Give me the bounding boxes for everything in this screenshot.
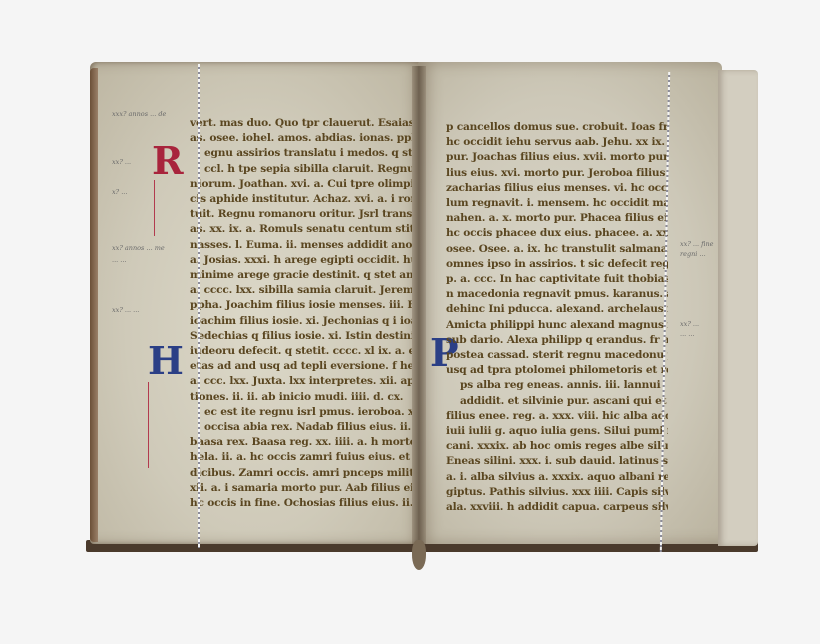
manuscript-book: xxx? annos ... de xx? ... x? ... xx? ann… <box>86 62 758 556</box>
text-line: addidit. et silvinie pur. ascani qui et … <box>446 394 668 409</box>
text-line: vert. mas duo. Quo tpr clauerut. Esaias.… <box>190 116 412 131</box>
illuminated-initial-r: R <box>152 142 184 180</box>
page-edge <box>90 68 98 542</box>
book-gutter <box>412 66 426 544</box>
marginal-note: xx? annos ... me <box>112 244 165 253</box>
illuminated-initial-h: H <box>148 342 184 380</box>
bookmark-tassel <box>412 540 426 570</box>
left-page: xxx? annos ... de xx? ... x? ... xx? ann… <box>90 62 422 544</box>
text-line: p cancellos domus sue. crobuit. Ioas fr … <box>446 120 668 135</box>
text-line: ps alba reg eneas. annis. iii. lannui <box>446 378 668 393</box>
text-line: dehinc Ini pducca. alexand. archelaus fi… <box>446 302 668 317</box>
text-line: a. cccc. lxx. sibilla samia claruit. Jer… <box>190 283 412 298</box>
marginal-note: ... ... <box>680 330 694 339</box>
text-line: a. Josias. xxxi. h arege egipti occidit.… <box>190 253 412 268</box>
text-line: ccl. h tpe sepia sibilla claruit. Regnu … <box>190 162 412 177</box>
text-line: hc occis in fine. Ochosias filius eius. … <box>190 496 412 511</box>
text-line: egnu assirios translatu i medos. q stete… <box>190 146 412 161</box>
text-line: occisa abia rex. Nadab filius eius. ii. … <box>190 420 412 435</box>
text-line: as. osee. iohel. amos. abdias. ionas. pp… <box>190 131 412 146</box>
marginal-note: xx? ... <box>112 158 131 167</box>
initial-flourish <box>154 180 155 236</box>
text-line: nahen. a. x. morto pur. Phacea filius ei… <box>446 211 668 226</box>
text-line: baasa rex. Baasa reg. xx. iiii. a. h mor… <box>190 435 412 450</box>
text-line: p. a. ccc. In hac captivitate fuit thobi… <box>446 272 668 287</box>
text-line: lum regnavit. i. mensem. hc occidit mana… <box>446 196 668 211</box>
marginal-note: x? ... <box>112 188 127 197</box>
text-line: zacharias filius eius menses. vi. hc occ… <box>446 181 668 196</box>
marginal-note: xx? ... ... <box>112 306 139 315</box>
marginal-note: xx? ... fine <box>680 240 714 249</box>
text-line: etas ad and usq ad tepli eversione. f he… <box>190 359 412 374</box>
text-line: Eneas silini. xxx. i. sub dauid. latinus… <box>446 454 668 469</box>
text-line: n macedonia regnavit pmus. karanus. a. x… <box>446 287 668 302</box>
left-page-text: vert. mas duo. Quo tpr clauerut. Esaias.… <box>190 116 412 511</box>
marginal-note: xxx? annos ... de <box>112 110 166 119</box>
text-line: hela. ii. a. hc occis zamri fuius eius. … <box>190 450 412 465</box>
text-line: Sedechias q filius iosie. xi. Istin dest… <box>190 329 412 344</box>
right-page: P p cancellos domus sue. crobuit. Ioas f… <box>418 62 722 544</box>
right-page-text: p cancellos domus sue. crobuit. Ioas fr … <box>446 120 668 515</box>
text-line: usq ad tpra ptolomei philometoris et re … <box>446 363 668 378</box>
marginal-note: xx? ... <box>680 320 699 329</box>
text-line: osee. Osee. a. ix. hc transtulit salmana… <box>446 242 668 257</box>
text-line: ec est ite regnu isrl pmus. ieroboa. xxi… <box>190 405 412 420</box>
text-line: Amicta philippi hunc alexand magnus fili… <box>446 318 668 333</box>
text-line: dicibus. Zamri occis. amri pnceps militi… <box>190 466 412 481</box>
text-line: hc occidit iehu servus aab. Jehu. xx ix.… <box>446 135 668 150</box>
flyleaf-edge <box>718 70 758 546</box>
marginal-note: ... ... <box>112 256 126 265</box>
text-line: lius eius. xvi. morto pur. Jeroboa filiu… <box>446 166 668 181</box>
initial-flourish <box>148 382 149 468</box>
text-line: hc occis phacee dux eius. phacee. a. xx.… <box>446 226 668 241</box>
text-line: sub dario. Alexa philipp q erandus. fr a… <box>446 333 668 348</box>
text-line: postea cassad. sterit regnu macedonu p a… <box>446 348 668 363</box>
text-line: pur. Joachas filius eius. xvii. morto pu… <box>446 150 668 165</box>
text-line: filius enee. reg. a. xxx. viii. hic alba… <box>446 409 668 424</box>
text-line: iudeoru defecit. q stetit. cccc. xl ix. … <box>190 344 412 359</box>
text-line: iuii iulii g. aquo iulia gens. Silui pum… <box>446 424 668 439</box>
marginal-note: regni ... <box>680 250 706 259</box>
text-line: ala. xxviii. h addidit capua. carpeus si… <box>446 500 668 515</box>
binding-string-left <box>198 64 200 548</box>
text-line: cani. xxxix. ab hoc omis reges albe silu… <box>446 439 668 454</box>
text-line: ioachim filius iosie. xi. Jechonias q i … <box>190 314 412 329</box>
text-line: minime arege gracie destinit. q stet ann… <box>190 268 412 283</box>
text-line: a. ccc. lxx. Juxta. lxx interpretes. xii… <box>190 374 412 389</box>
text-line: tuit. Regnu romanoru oritur. Jsrl transl… <box>190 207 412 222</box>
text-line: tiones. ii. ii. ab inicio mudi. iiii. d.… <box>190 390 412 405</box>
text-line: xii. a. i samaria morto pur. Aab filius … <box>190 481 412 496</box>
text-line: a. i. alba silvius a. xxxix. aquo albani… <box>446 470 668 485</box>
text-line: giptus. Pathis silvius. xxx iiii. Capis … <box>446 485 668 500</box>
text-line: cis aphide institutur. Achaz. xvi. a. i … <box>190 192 412 207</box>
text-line: ppha. Joachim filius iosie menses. iii. … <box>190 298 412 313</box>
text-line: niorum. Joathan. xvi. a. Cui tpre olimpi… <box>190 177 412 192</box>
text-line: as. xx. ix. a. Romuls senatu centum stit… <box>190 222 412 237</box>
text-line: omnes ipso in assirios. t sic defecit re… <box>446 257 668 272</box>
text-line: nasses. l. Euma. ii. menses addidit ano.… <box>190 238 412 253</box>
